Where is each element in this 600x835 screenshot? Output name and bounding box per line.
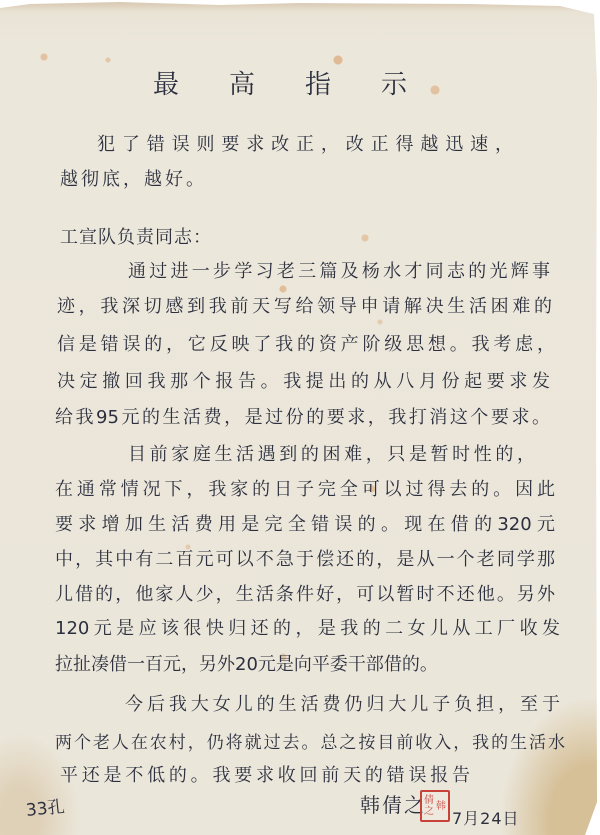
seal-char: 韩 [436,801,446,812]
quote-line: 越彻底，越好。 [60,167,207,193]
body-line: 通过进一步学习老三篇及杨水才同志的光辉事 [128,259,550,285]
body-line: 平还是不低的。我要求收回前天的错误报告 [60,763,470,789]
body-line: 两个老人在农村，仍将就过去。总之按目前收入，我的生活水 [55,730,565,756]
body-line: 信是错误的，它反映了我的资产阶级思想。我考虑， [57,332,555,358]
body-line: 儿借的，他家人少，生活条件好，可以暂时不还他。另外 [55,582,555,608]
body-line: 迹，我深切感到我前天写给领导申请解决生活困难的 [57,294,552,320]
body-line: 120元是应该很快归还的，是我的二女儿从工厂收发 [55,616,560,642]
quote-line: 犯了错误则要求改正，改正得越迅速， [97,132,513,158]
seal-char: 倩 [424,795,434,806]
body-line: 拉扯凑借一百元，另外20元是向平委干部借的。 [55,652,420,678]
body-line: 今后我大女儿的生活费仍归大儿子负担，至于 [125,692,560,718]
red-seal-stamp: 韩 倩 之 [420,790,450,822]
body-line: 在通常情况下，我家的日子完全可以过得去的。因此 [55,477,555,503]
seal-char: 之 [424,806,434,817]
body-line: 目前家庭生活遇到的困难，只是暂时性的， [128,442,535,468]
body-line: 给我95元的生活费，是过份的要求，我打消这个要求。 [55,405,550,431]
body-line: 决定撤回我那个报告。我提出的从八月份起要求发 [57,369,550,395]
seal-left-column: 倩 之 [424,795,434,817]
margin-note: 33孔 [25,794,66,824]
letter-date: 7月24日 [452,806,520,832]
salutation: 工宣队负责同志： [60,225,212,251]
seal-right-column: 韩 [436,801,446,812]
body-line: 要求增加生活费用是完全错误的。现在借的320元 [55,512,555,538]
letter-title: 最高指示 [153,72,457,98]
signature: 韩倩之 [360,792,426,818]
body-line: 中，其中有二百元可以不急于偿还的，是从一个老同学那 [55,547,555,573]
